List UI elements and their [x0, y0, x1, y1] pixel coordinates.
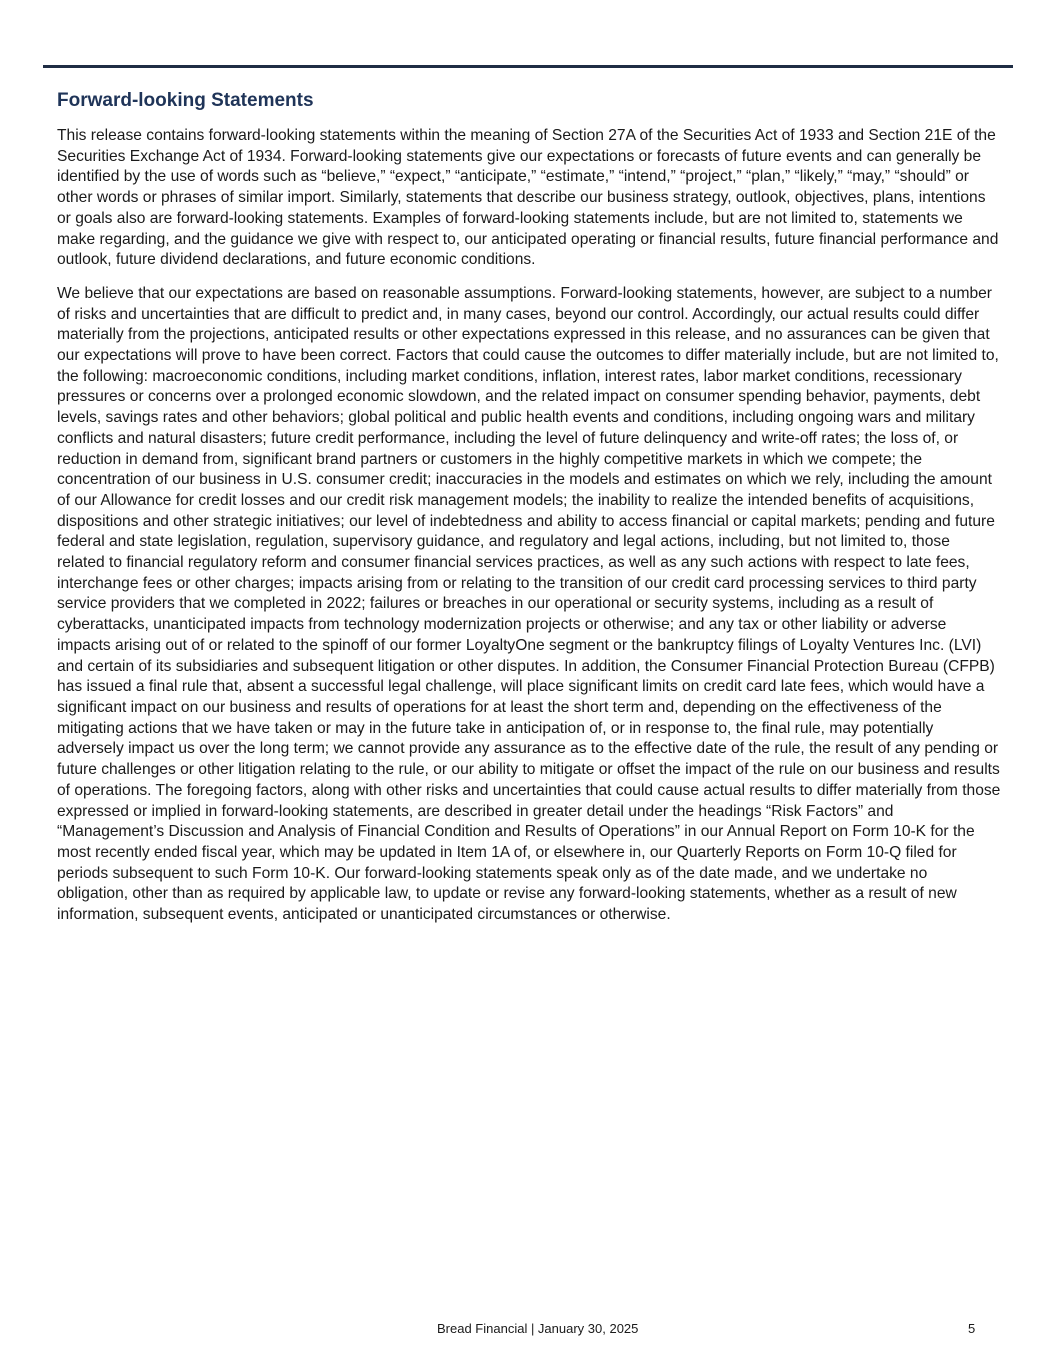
paragraph-risk-factors: We believe that our expectations are bas…: [57, 284, 1001, 926]
header-rule: [43, 65, 1013, 68]
document-body: Forward-looking Statements This release …: [57, 90, 1001, 939]
footer-company-date: Bread Financial | January 30, 2025: [437, 1321, 638, 1336]
page-number: 5: [968, 1321, 975, 1336]
paragraph-intro: This release contains forward-looking st…: [57, 126, 1001, 271]
section-title: Forward-looking Statements: [57, 90, 1001, 112]
